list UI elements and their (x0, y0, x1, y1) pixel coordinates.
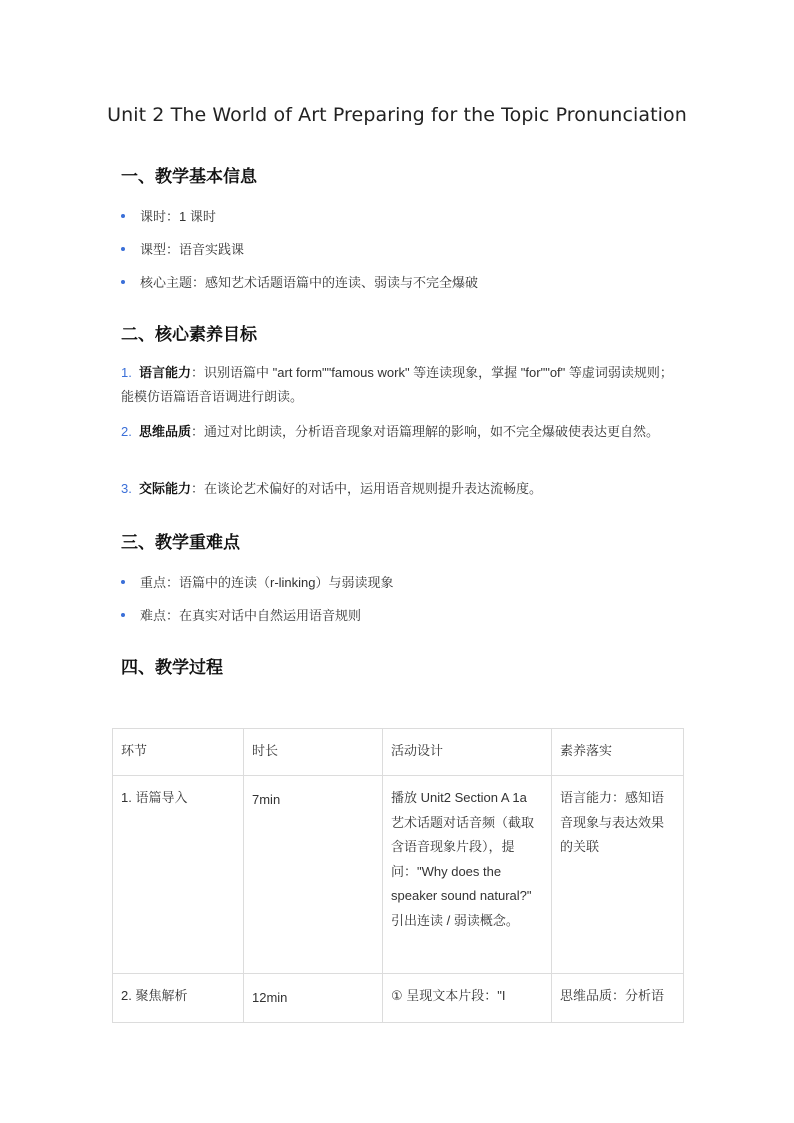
list-item-text: 核心主题：感知艺术话题语篇中的连读、弱读与不完全爆破 (140, 272, 478, 291)
table-header-row: 环节 时长 活动设计 素养落实 (113, 729, 684, 776)
numbered-item: 2.思维品质：通过对比朗读，分析语音现象对语篇理解的影响，如不完全爆破使表达更自… (121, 420, 681, 444)
item-number: 1. (121, 361, 139, 385)
bullet-icon (121, 280, 125, 284)
process-table: 环节 时长 活动设计 素养落实 1. 语篇导入 7min 播放 Unit2 Se… (112, 728, 684, 1023)
item-number: 2. (121, 420, 139, 444)
bullet-icon (121, 214, 125, 218)
item-separator: ： (191, 481, 204, 496)
bullet-icon (121, 613, 125, 617)
section-heading-basic-info: 一、教学基本信息 (121, 162, 257, 187)
header-competency: 素养落实 (552, 729, 684, 776)
item-number: 3. (121, 477, 139, 501)
numbered-item: 1.语言能力：识别语篇中 "art form""famous work" 等连读… (121, 361, 681, 409)
item-separator: ： (191, 424, 204, 439)
section-heading-core-goals: 二、核心素养目标 (121, 320, 257, 345)
list-item: 难点：在真实对话中自然运用语音规则 (121, 605, 361, 624)
bullet-icon (121, 580, 125, 584)
section-heading-process: 四、教学过程 (121, 653, 223, 678)
cell-activity: ① 呈现文本片段："I (383, 974, 552, 1023)
list-item-text: 课时：1 课时 (140, 206, 216, 225)
table-row: 2. 聚焦解析 12min ① 呈现文本片段："I 思维品质：分析语 (113, 974, 684, 1023)
header-duration: 时长 (244, 729, 383, 776)
list-item-text: 课型：语音实践课 (140, 239, 244, 258)
item-label: 语言能力 (139, 365, 191, 380)
numbered-item: 3.交际能力：在谈论艺术偏好的对话中，运用语音规则提升表达流畅度。 (121, 477, 681, 501)
cell-activity: 播放 Unit2 Section A 1a 艺术话题对话音频（截取含语音现象片段… (383, 776, 552, 974)
document-title: Unit 2 The World of Art Preparing for th… (0, 104, 794, 126)
table-row: 1. 语篇导入 7min 播放 Unit2 Section A 1a 艺术话题对… (113, 776, 684, 974)
cell-competency: 语言能力：感知语音现象与表达效果的关联 (552, 776, 684, 974)
cell-stage: 2. 聚焦解析 (113, 974, 244, 1023)
item-text: 识别语篇中 "art form""famous work" 等连读现象，掌握 "… (121, 365, 673, 404)
bullet-icon (121, 247, 125, 251)
item-separator: ： (191, 365, 204, 380)
document-page: Unit 2 The World of Art Preparing for th… (0, 0, 794, 1123)
list-item: 重点：语篇中的连读（r-linking）与弱读现象 (121, 572, 394, 591)
item-label: 交际能力 (139, 481, 191, 496)
cell-duration: 12min (244, 974, 383, 1023)
list-item: 课时：1 课时 (121, 206, 216, 225)
list-item: 核心主题：感知艺术话题语篇中的连读、弱读与不完全爆破 (121, 272, 478, 291)
list-item: 课型：语音实践课 (121, 239, 244, 258)
item-text: 通过对比朗读，分析语音现象对语篇理解的影响，如不完全爆破使表达更自然。 (204, 424, 659, 439)
list-item-text: 重点：语篇中的连读（r-linking）与弱读现象 (140, 572, 394, 591)
header-activity: 活动设计 (383, 729, 552, 776)
cell-duration: 7min (244, 776, 383, 974)
item-label: 思维品质 (139, 424, 191, 439)
header-stage: 环节 (113, 729, 244, 776)
list-item-text: 难点：在真实对话中自然运用语音规则 (140, 605, 361, 624)
item-text: 在谈论艺术偏好的对话中，运用语音规则提升表达流畅度。 (204, 481, 542, 496)
cell-stage: 1. 语篇导入 (113, 776, 244, 974)
cell-competency: 思维品质：分析语 (552, 974, 684, 1023)
section-heading-key-points: 三、教学重难点 (121, 528, 240, 553)
